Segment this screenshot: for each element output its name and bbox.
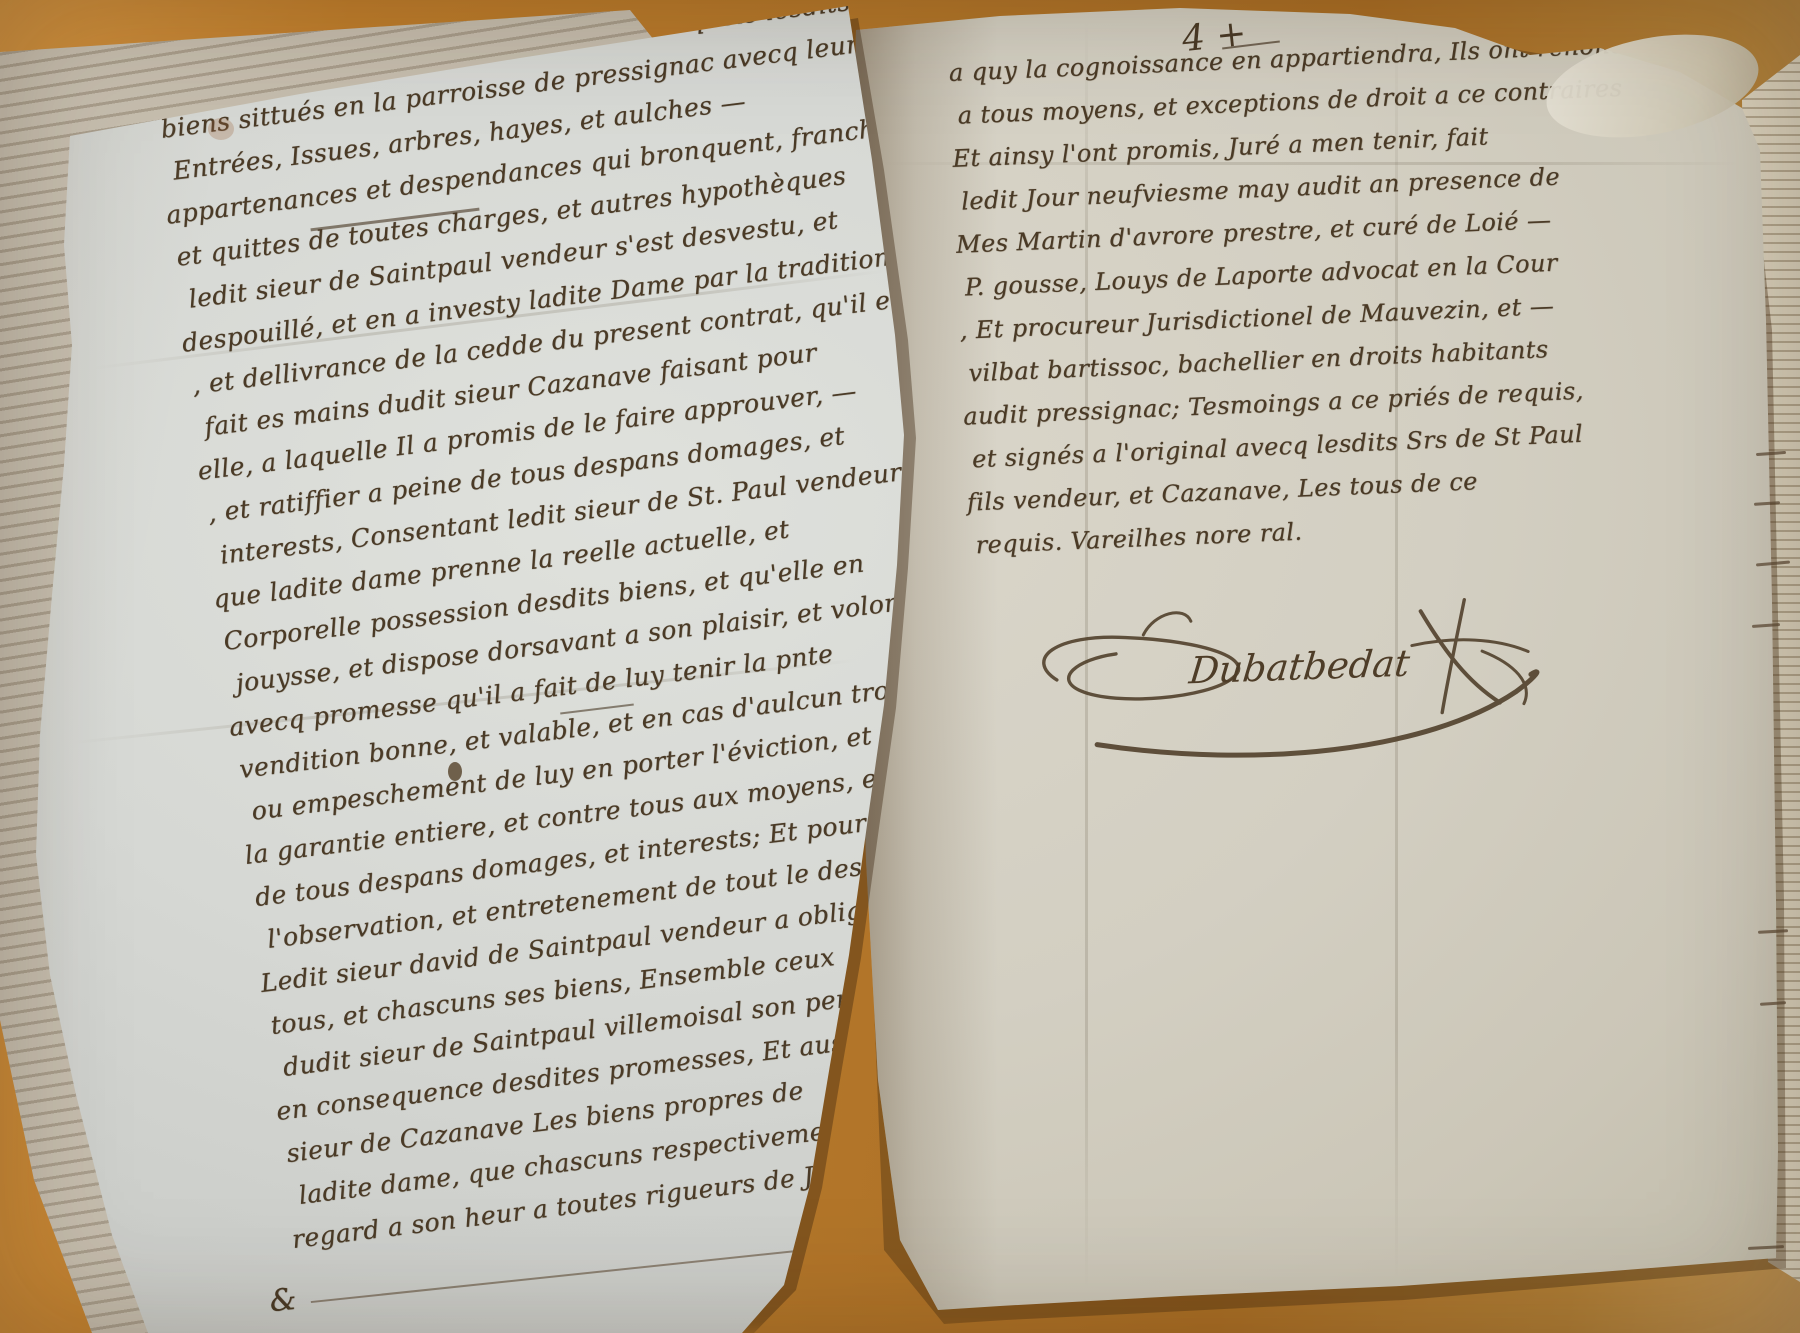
manuscript-line: avecq promesse qu'il a fait de luy tenir… xyxy=(227,618,947,748)
manuscript-line: fait es mains dudit sieur Cazanave faisa… xyxy=(202,320,910,449)
closing-mark-row: & xyxy=(267,1218,850,1324)
signature-name: Dubatbedat xyxy=(1186,641,1412,693)
right-page-text-block: a quy la cognoissance en appartiendra, I… xyxy=(948,24,1629,567)
photo-of-manuscript: 4 + a quy la cognoissance en appartiendr… xyxy=(0,0,1800,1333)
manuscript-line: despouillé, et en a investy ladite Dame … xyxy=(179,234,899,364)
paper-crease xyxy=(93,269,887,369)
closing-rule xyxy=(311,1245,848,1303)
manuscript-line: vendition bonne, et valable, et en cas d… xyxy=(237,661,952,791)
end-mark: & xyxy=(268,1281,299,1319)
paper-crease xyxy=(72,659,858,745)
manuscript-line: la garantie entiere, et contre tous aux … xyxy=(242,746,962,876)
strikethrough-mark xyxy=(310,208,479,232)
manuscript-line: et quittes de toutes charges, et autres … xyxy=(174,149,889,279)
manuscript-line: interests, Consentant ledit sieur de St.… xyxy=(218,448,926,577)
manuscript-line: elle, a laquelle Il a promis de le faire… xyxy=(195,362,915,492)
manuscript-line: Corporelle possession desdits biens, et … xyxy=(221,533,936,663)
underline-mark xyxy=(560,703,634,714)
manuscript-line: jouysse, et dispose dorsavant a son plai… xyxy=(233,576,941,705)
manuscript-line: ou empeschement de luy en porter l'évict… xyxy=(249,704,957,833)
paper-stain xyxy=(208,118,234,140)
manuscript-line: appartenances et despendances qui bronqu… xyxy=(164,106,884,236)
manuscript-line: ledit sieur de Saintpaul vendeur s'est d… xyxy=(186,192,894,321)
signature-flourish: Dubatbedat xyxy=(992,578,1578,783)
notary-signature-block: Dubatbedat xyxy=(992,578,1578,783)
manuscript-line: que ladite dame prenne la reelle actuell… xyxy=(211,490,931,620)
ink-blot xyxy=(448,762,462,781)
manuscript-line: , et dellivrance de la cedde du present … xyxy=(190,277,905,407)
manuscript-line: , et ratiffier a peine de tous despans d… xyxy=(205,405,920,535)
